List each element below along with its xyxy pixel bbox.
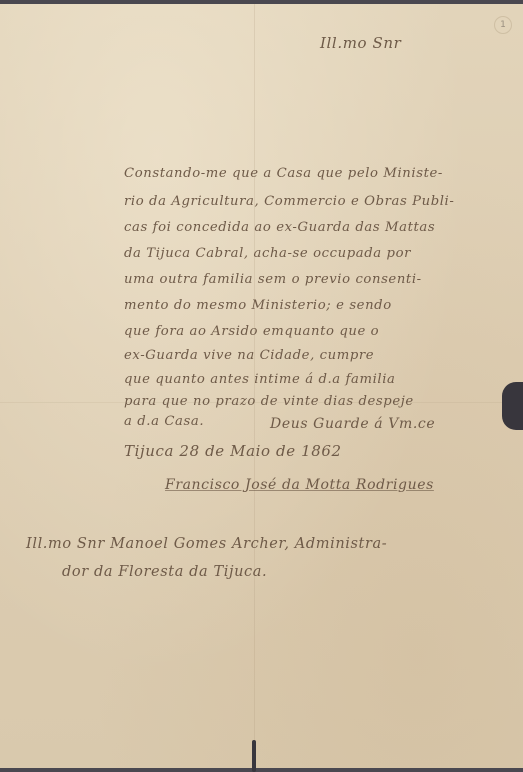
body-line: ex-Guarda vive na Cidade, cumpre [124,348,374,363]
body-line-text: cas foi concedida ao ex-Guarda das Matta… [124,220,435,235]
salutation: Ill.mo Snr [320,34,401,52]
body-line: da Tijuca Cabral, acha-se occupada por [124,246,411,261]
body-line: rio da Agricultura, Commercio e Obras Pu… [124,194,454,209]
addressee-line: Ill.mo Snr Manoel Gomes Archer, Administ… [26,536,387,552]
signature: Francisco José da Motta Rodrigues [165,477,434,493]
letter-page: 1 Ill.mo Snr Constando-me que a Casa que… [0,4,523,768]
dateline: Tijuca 28 de Maio de 1862 [124,442,342,460]
body-line: Constando-me que a Casa que pelo Ministe… [124,166,443,181]
addressee-line: dor da Floresta da Tijuca. [62,564,267,580]
bottom-tear [252,740,256,768]
body-line: que quanto antes intime á d.a familia [124,372,396,387]
body-line: que fora ao Arsido emquanto que o [124,324,379,339]
page-number: 1 [494,16,512,34]
body-line: cas foi concedida ao ex-Guarda das Matta… [124,220,435,235]
closing-formula: Deus Guarde á Vm.ce [270,416,435,432]
body-line: a d.a Casa. [124,414,204,429]
tear-stain [502,382,523,430]
body-line: para que no prazo de vinte dias despeje [124,394,414,409]
body-line: uma outra familia sem o previo consenti- [124,272,422,287]
body-line: mento do mesmo Ministerio; e sendo [124,298,392,313]
